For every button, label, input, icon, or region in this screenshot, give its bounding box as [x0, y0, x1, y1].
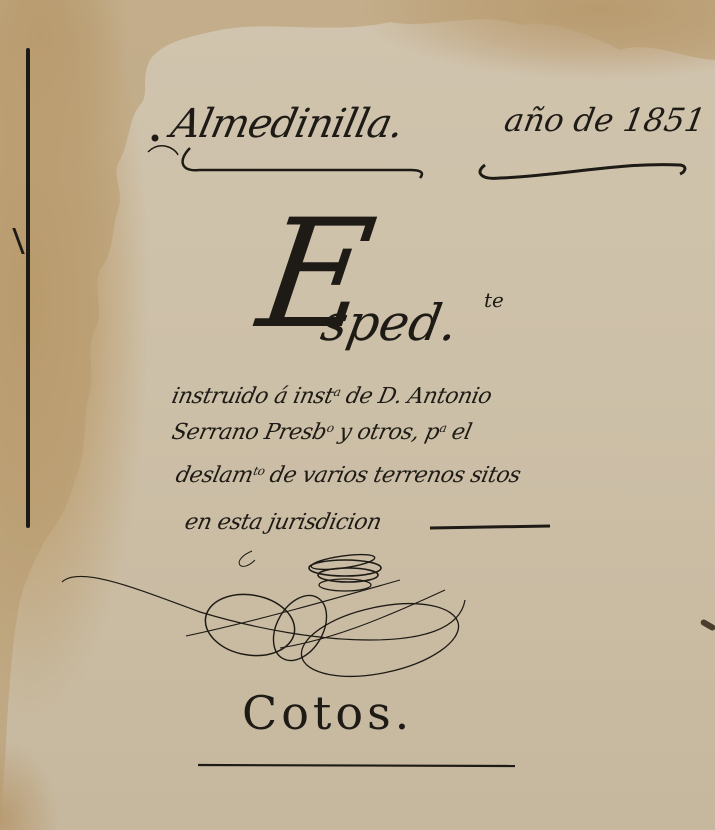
manuscript-page: Almedinilla. año de 1851 E sped. te inst…: [0, 0, 715, 830]
subject-underline: [0, 0, 715, 830]
